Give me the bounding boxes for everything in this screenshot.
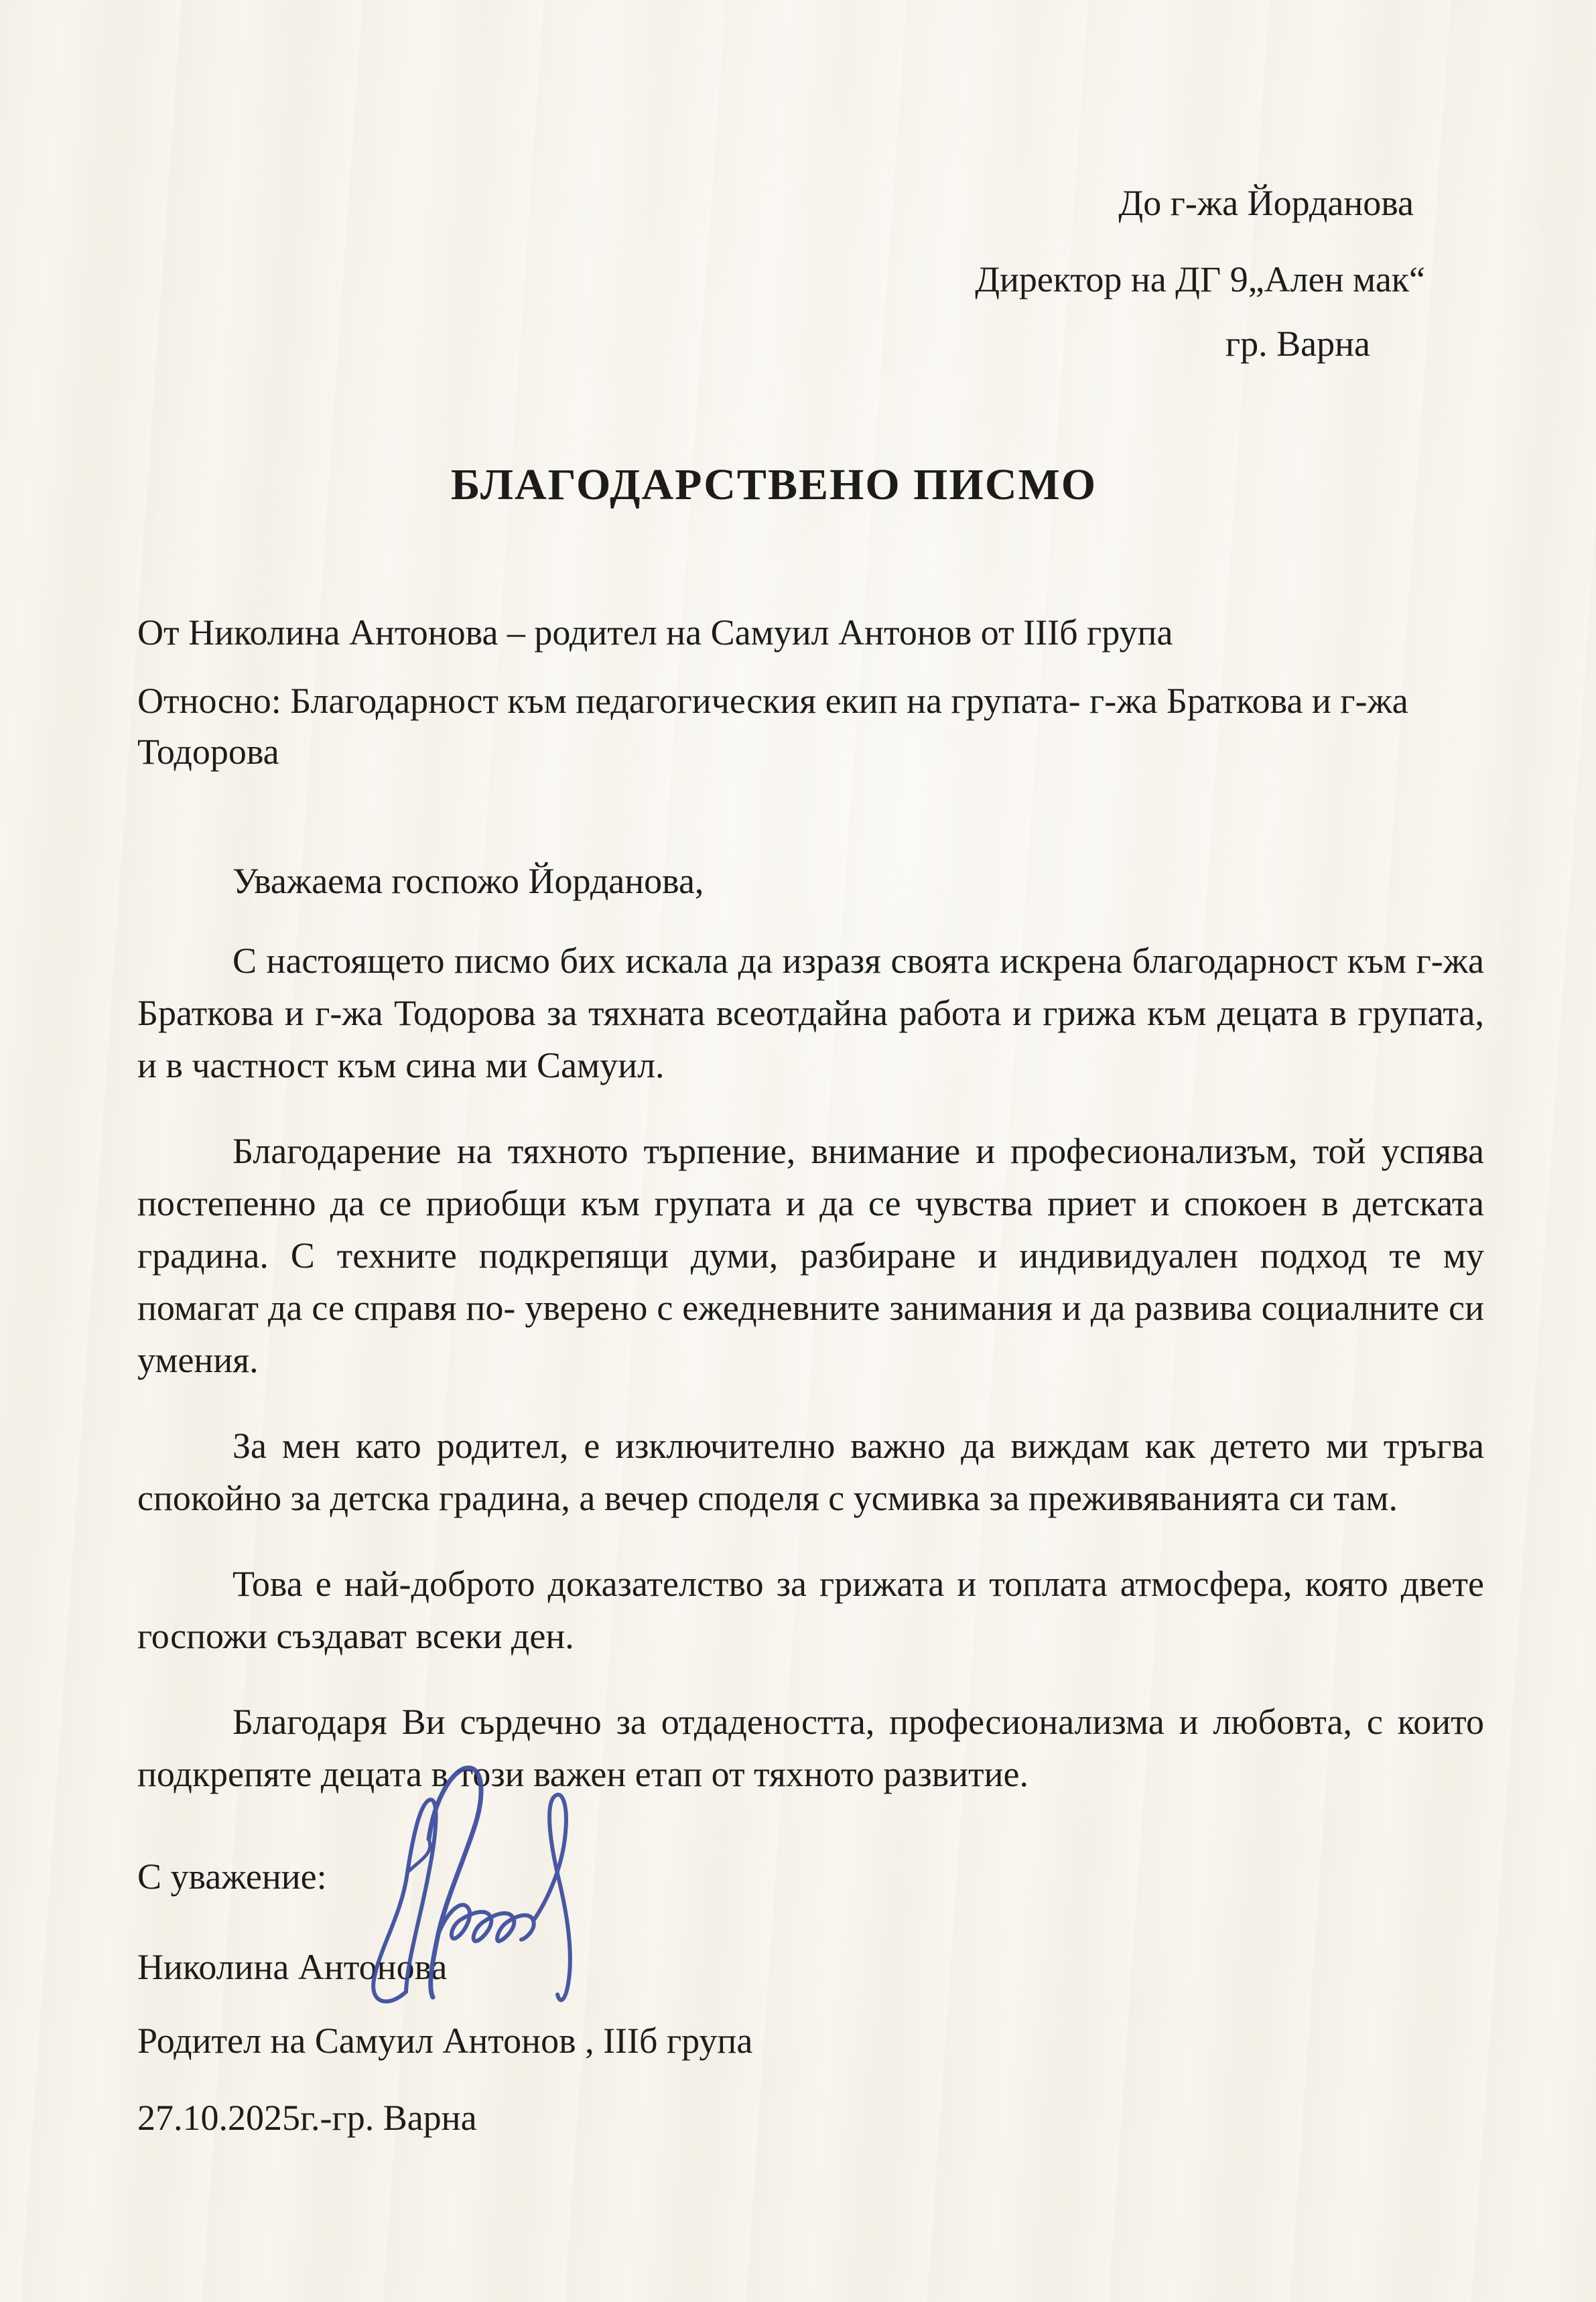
subject-line: Относно: Благодарност към педагогическия… [137, 675, 1484, 726]
addressee-line-recipient: До г-жа Йорданова [137, 182, 1484, 224]
signer-name: Николина Антонова [137, 1940, 1484, 1994]
body-paragraph-2: Благодарение на тяхното търпение, вниман… [137, 1125, 1484, 1386]
subject-line-continued: Тодорова [137, 726, 1484, 777]
closing-salute: С уважение: [137, 1850, 1484, 1903]
body-paragraph-5: Благодаря Ви сърдечно за отдадеността, п… [137, 1696, 1484, 1800]
salutation: Уважаема госпожо Йорданова, [137, 855, 1484, 907]
letter-content: До г-жа Йорданова Директор на ДГ 9„Ален … [137, 0, 1484, 2145]
signer-role: Родител на Самуил Антонов , IIIб група [137, 2014, 1484, 2068]
addressee-line-position: Директор на ДГ 9„Ален мак“ [137, 259, 1484, 300]
from-line: От Николина Антонова – родител на Самуил… [137, 607, 1484, 658]
addressee-block: До г-жа Йорданова Директор на ДГ 9„Ален … [137, 0, 1484, 364]
body-paragraph-4: Това е най-доброто доказателство за гриж… [137, 1558, 1484, 1662]
addressee-line-city: гр. Варна [137, 323, 1484, 364]
letter-title: БЛАГОДАРСТВЕНО ПИСМО [137, 458, 1410, 512]
letter-page: До г-жа Йорданова Директор на ДГ 9„Ален … [0, 0, 1596, 2302]
body-paragraph-3: За мен като родител, е изключително важн… [137, 1420, 1484, 1524]
signature-block: С уважение: Николина Антонова Родител на… [137, 1850, 1484, 2145]
body-paragraph-1: С настоящето писмо бих искала да изразя … [137, 935, 1484, 1091]
date-place-line: 27.10.2025г.-гр. Варна [137, 2091, 1484, 2145]
